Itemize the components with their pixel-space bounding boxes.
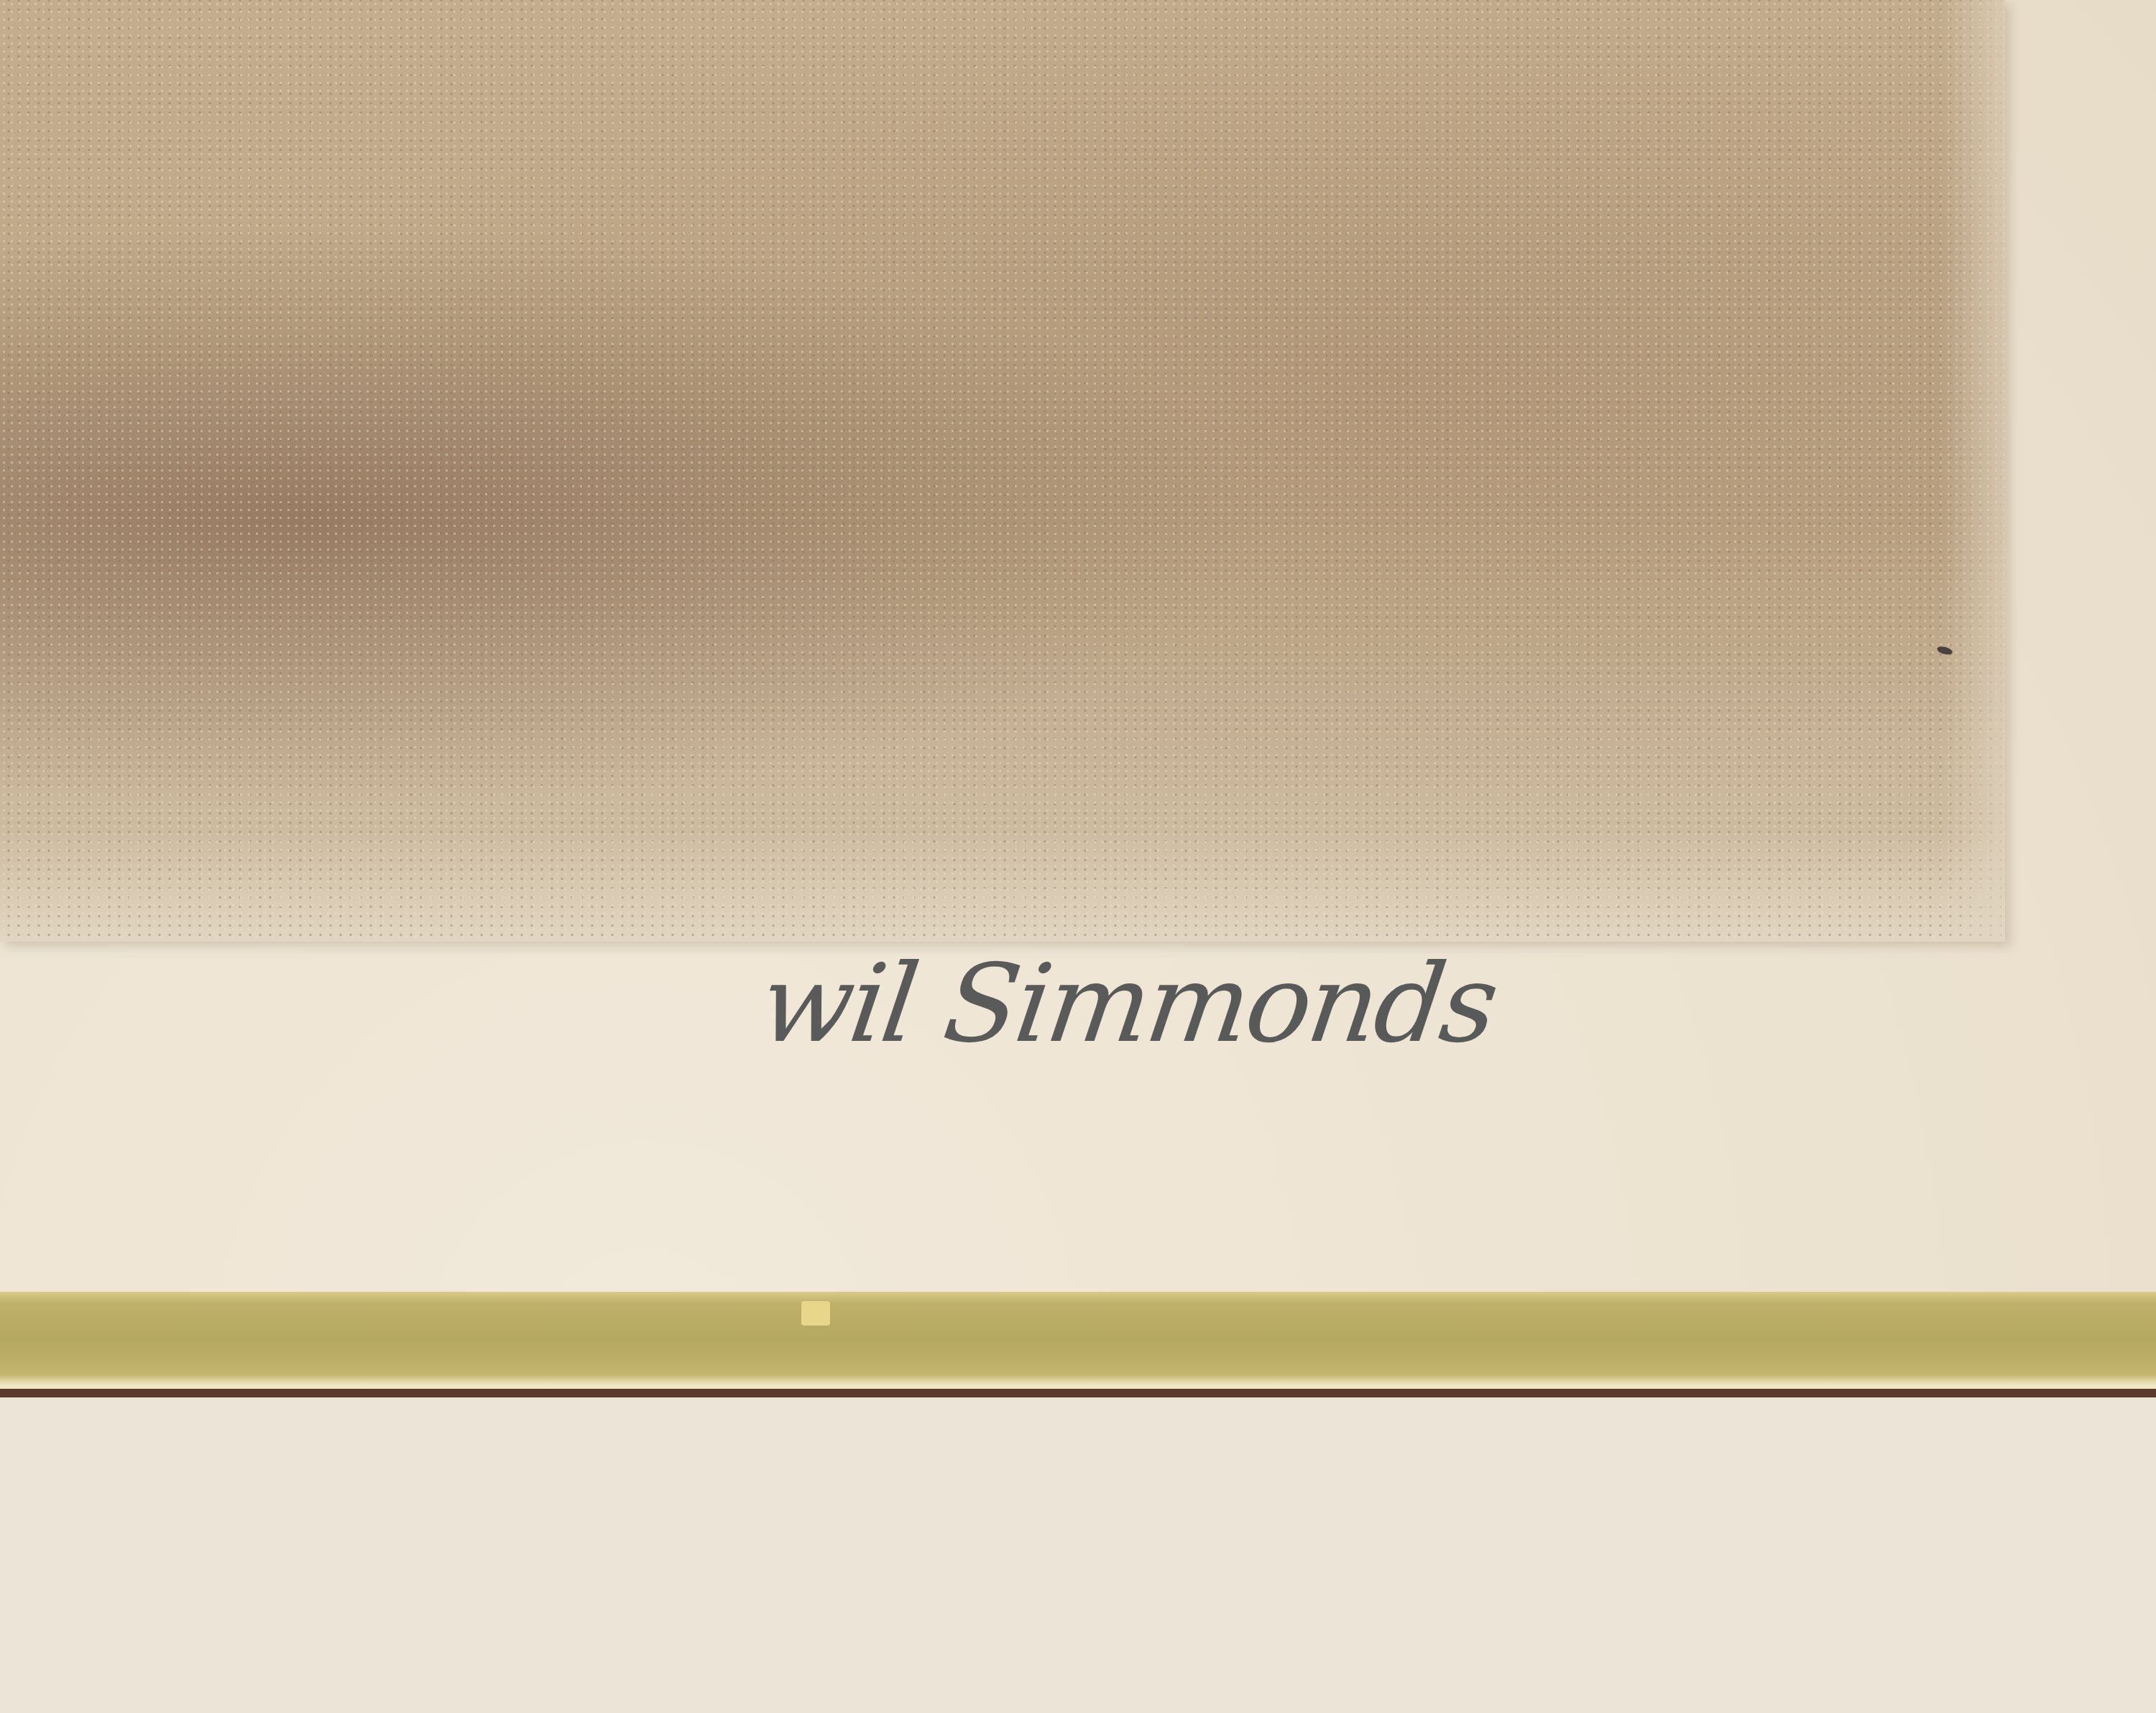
gilt-mat-line bbox=[0, 1292, 2156, 1389]
pencil-signature: wil Simmonds bbox=[753, 942, 1503, 1067]
gilt-fleck bbox=[801, 1301, 830, 1326]
aquatint-plate bbox=[0, 0, 2005, 942]
mat-rule-line bbox=[0, 1389, 2156, 1397]
lower-mat bbox=[0, 1397, 2156, 1713]
aquatint-texture bbox=[0, 0, 2005, 942]
plate-edge bbox=[1940, 0, 2005, 942]
